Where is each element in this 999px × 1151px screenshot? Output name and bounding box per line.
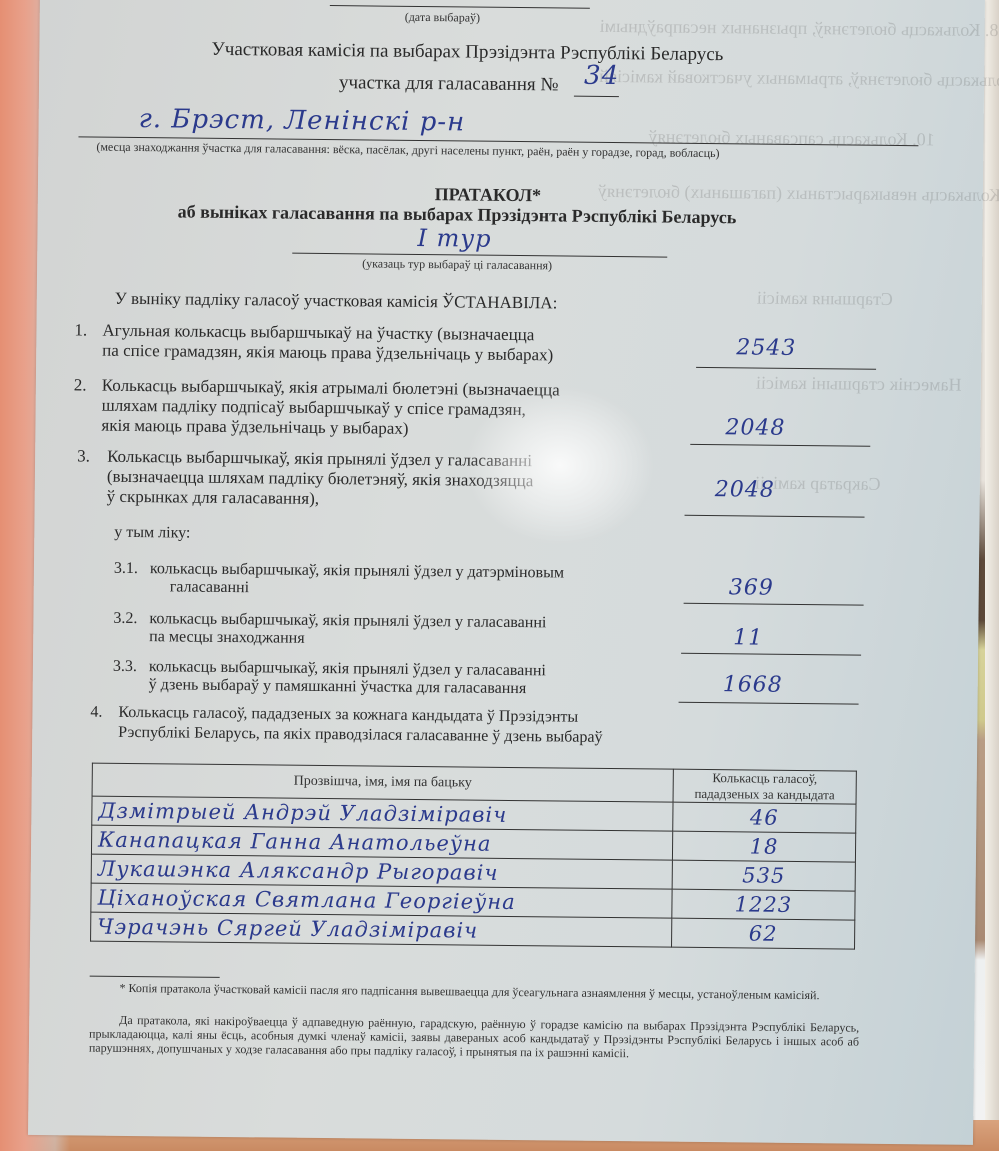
candidate-name: Чэрачэнь Сяргей Уладзіміравіч xyxy=(91,912,672,947)
item-3-3-value: 1668 xyxy=(723,672,783,698)
date-caption: (дата выбараў) xyxy=(405,10,480,26)
precinct-number: 34 xyxy=(584,66,619,86)
bleed-through-text: Намеснік старшыні камісіі xyxy=(756,373,962,396)
round-handwritten: І тур xyxy=(417,228,491,249)
candidate-votes-table: Прозвішча, імя, імя па бацьку Колькасць … xyxy=(90,763,857,950)
item-3-1-value: 369 xyxy=(729,575,774,600)
candidate-votes: 18 xyxy=(672,831,855,862)
including-label: у тым ліку: xyxy=(114,523,190,544)
item-1-value: 2543 xyxy=(736,335,796,361)
bleed-through-text: Старшыня камісіі xyxy=(757,288,893,310)
precinct-number-line xyxy=(574,96,619,97)
date-line xyxy=(330,5,590,9)
item-3-value: 2048 xyxy=(715,477,775,503)
candidate-votes: 62 xyxy=(672,918,855,949)
candidate-votes: 1223 xyxy=(672,889,855,920)
candidate-votes: 46 xyxy=(673,802,856,833)
item-2-value: 2048 xyxy=(725,415,785,441)
background-frame xyxy=(985,0,999,1151)
item-3-2-value: 11 xyxy=(733,625,763,650)
footnote-copy: * Копія пратакола ўчастковай камісіі пас… xyxy=(89,981,859,1003)
protocol-sheet: 8. Колькасць бюлетэняў, прызнаных несапр… xyxy=(28,0,985,1145)
footnote-attachments: Да пратакола, які накіроўваецца ў адпаве… xyxy=(89,1013,859,1063)
bleed-through-text: 9. Колькасць бюлетэняў, атрыманых участк… xyxy=(599,66,999,92)
bleed-through-text: 8. Колькасць бюлетэняў, прызнаных несапр… xyxy=(600,16,999,41)
round-caption: (указаць тур выбараў ці галасавання) xyxy=(362,256,552,273)
candidate-votes: 535 xyxy=(672,860,855,891)
header-votes: Колькасць галасоў, пададзеных за кандыда… xyxy=(673,769,856,804)
precinct-label: участка для галасавання № xyxy=(339,73,559,95)
commission-title: Участковая камісія па выбарах Прэзідэнта… xyxy=(211,40,723,65)
established-intro: У выніку падліку галасоў участковая камі… xyxy=(115,289,558,314)
location-handwritten: г. Брэст, Ленінскі р-н xyxy=(139,109,466,132)
